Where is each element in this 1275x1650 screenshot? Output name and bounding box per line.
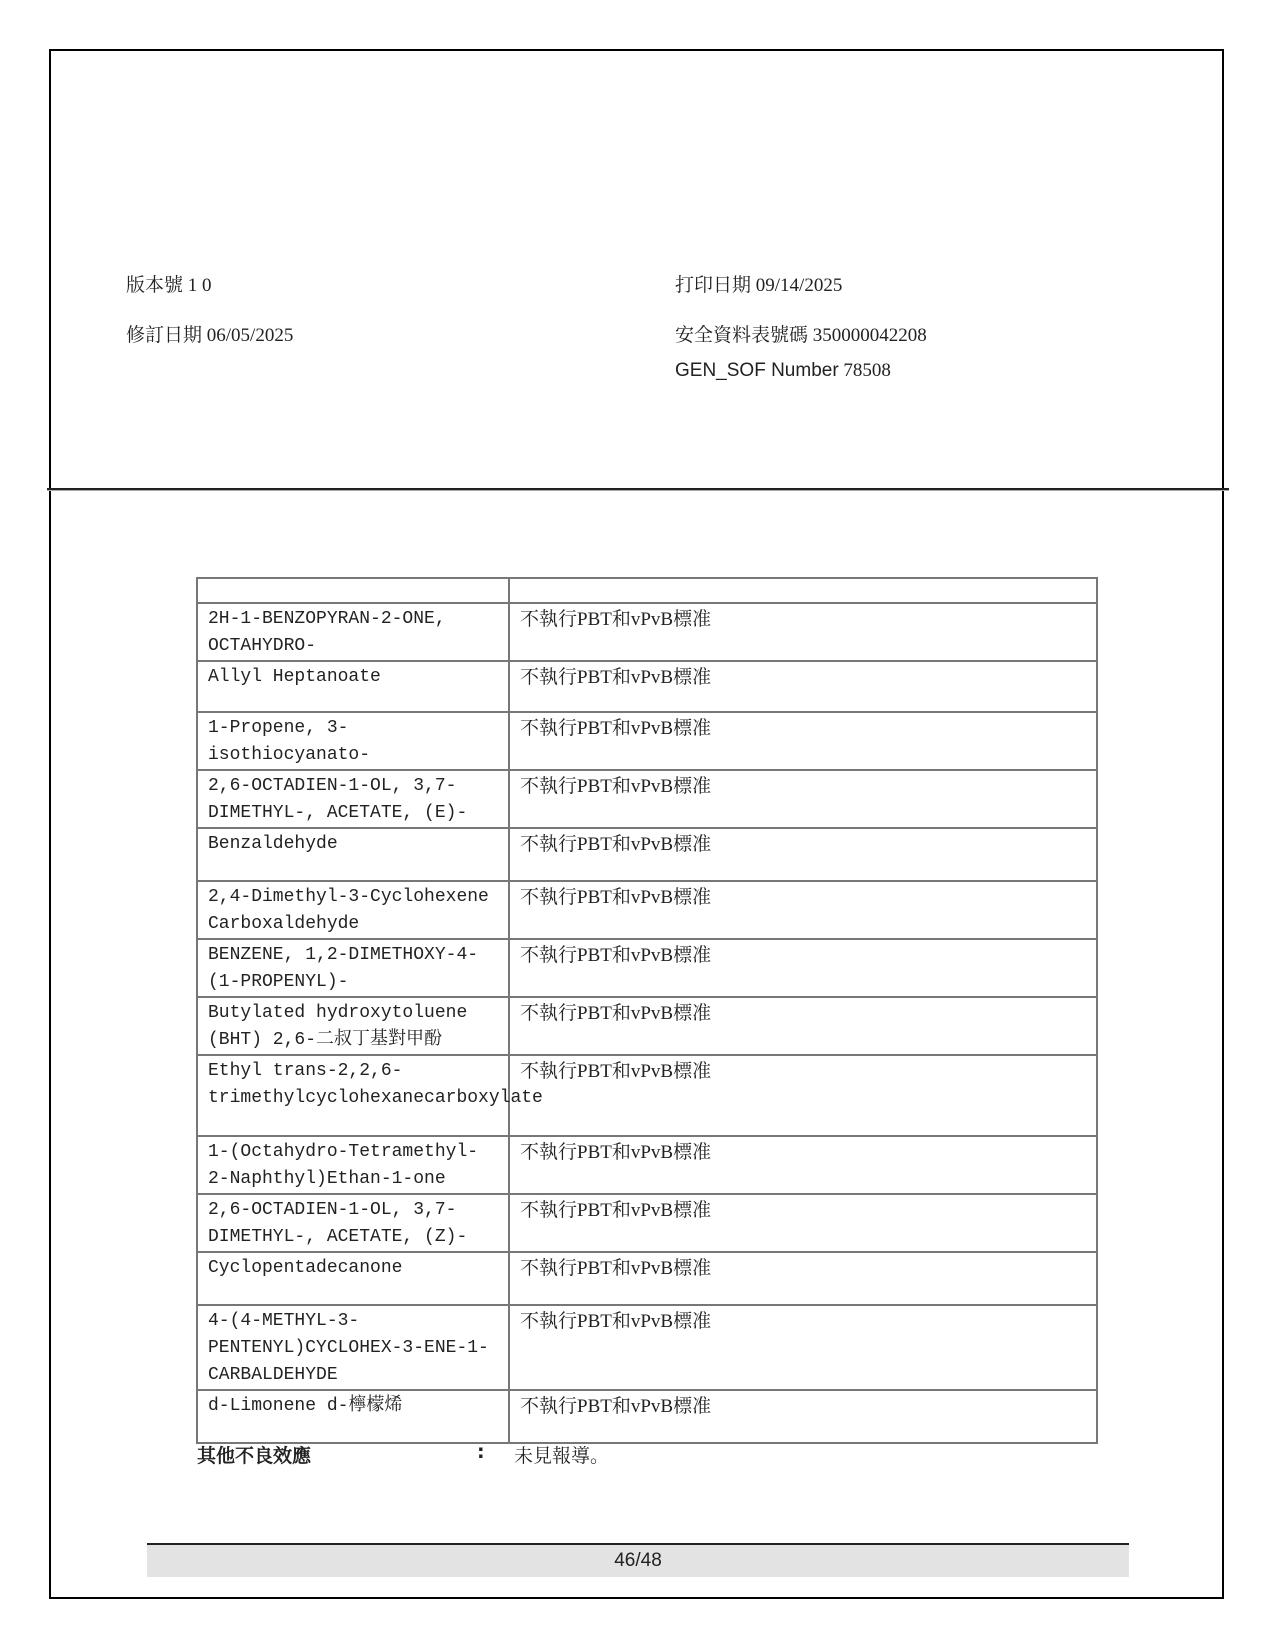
table-header-cell [509, 578, 1097, 603]
other-effects-value: 未見報導。 [514, 1441, 609, 1468]
table-row: 2,6-OCTADIEN-1-OL, 3,7-DIMETHYL-, ACETAT… [197, 770, 1097, 828]
gen-sof-label: GEN_SOF Number [675, 360, 839, 381]
assessment-cell: 不執行PBT和vPvB標准 [509, 1390, 1097, 1443]
table-row: 1-Propene, 3-isothiocyanato-不執行PBT和vPvB標… [197, 712, 1097, 770]
other-effects-separator: : [477, 1441, 485, 1463]
substance-cell: d-Limonene d-檸檬烯 [197, 1390, 509, 1443]
assessment-cell: 不執行PBT和vPvB標准 [509, 1305, 1097, 1390]
version-number: 版本號 1 0 [126, 270, 212, 297]
assessment-cell: 不執行PBT和vPvB標准 [509, 1194, 1097, 1252]
gen-sof-number: GEN_SOF Number 78508 [675, 360, 891, 382]
table-row: Allyl Heptanoate不執行PBT和vPvB標准 [197, 661, 1097, 712]
table-row: 1-(Octahydro-Tetramethyl-2-Naphthyl)Etha… [197, 1136, 1097, 1194]
assessment-cell: 不執行PBT和vPvB標准 [509, 939, 1097, 997]
substance-cell: Butylated hydroxytoluene (BHT) 2,6-二叔丁基對… [197, 997, 509, 1055]
assessment-cell: 不執行PBT和vPvB標准 [509, 1136, 1097, 1194]
assessment-cell: 不執行PBT和vPvB標准 [509, 770, 1097, 828]
header-divider [47, 488, 1229, 490]
substance-cell: 2H-1-BENZOPYRAN-2-ONE, OCTAHYDRO- [197, 603, 509, 661]
assessment-cell: 不執行PBT和vPvB標准 [509, 1055, 1097, 1136]
substance-cell: 2,6-OCTADIEN-1-OL, 3,7-DIMETHYL-, ACETAT… [197, 1194, 509, 1252]
table-row: BENZENE, 1,2-DIMETHOXY-4-(1-PROPENYL)-不執… [197, 939, 1097, 997]
table-row: d-Limonene d-檸檬烯不執行PBT和vPvB標准 [197, 1390, 1097, 1443]
table-row: Ethyl trans-2,2,6-trimethylcyclohexaneca… [197, 1055, 1097, 1136]
table-row: Butylated hydroxytoluene (BHT) 2,6-二叔丁基對… [197, 997, 1097, 1055]
substance-cell: 2,6-OCTADIEN-1-OL, 3,7-DIMETHYL-, ACETAT… [197, 770, 509, 828]
sds-number: 安全資料表號碼 350000042208 [675, 320, 927, 347]
version-label: 版本號 [126, 275, 183, 296]
assessment-cell: 不執行PBT和vPvB標准 [509, 661, 1097, 712]
pbt-assessment-table: 2H-1-BENZOPYRAN-2-ONE, OCTAHYDRO-不執行PBT和… [196, 577, 1098, 1444]
assessment-cell: 不執行PBT和vPvB標准 [509, 1252, 1097, 1305]
table-row: Cyclopentadecanone不執行PBT和vPvB標准 [197, 1252, 1097, 1305]
version-value: 1 0 [188, 275, 212, 296]
substance-cell: 1-Propene, 3-isothiocyanato- [197, 712, 509, 770]
table-row: 2,6-OCTADIEN-1-OL, 3,7-DIMETHYL-, ACETAT… [197, 1194, 1097, 1252]
other-effects-label: 其他不良效應 [197, 1441, 311, 1468]
page-footer: 46/48 [147, 1543, 1129, 1577]
assessment-cell: 不執行PBT和vPvB標准 [509, 712, 1097, 770]
table-row: 2H-1-BENZOPYRAN-2-ONE, OCTAHYDRO-不執行PBT和… [197, 603, 1097, 661]
print-date-value: 09/14/2025 [756, 275, 843, 296]
table-row: Benzaldehyde不執行PBT和vPvB標准 [197, 828, 1097, 881]
revision-date: 修訂日期 06/05/2025 [126, 320, 293, 347]
assessment-cell: 不執行PBT和vPvB標准 [509, 881, 1097, 939]
substance-cell: Allyl Heptanoate [197, 661, 509, 712]
gen-sof-value: 78508 [843, 360, 891, 381]
revision-date-value: 06/05/2025 [207, 325, 294, 346]
table-row: 2,4-Dimethyl-3-Cyclohexene Carboxaldehyd… [197, 881, 1097, 939]
assessment-cell: 不執行PBT和vPvB標准 [509, 828, 1097, 881]
print-date: 打印日期 09/14/2025 [675, 270, 842, 297]
substance-cell: Cyclopentadecanone [197, 1252, 509, 1305]
table-header-cell [197, 578, 509, 603]
table-row: 4-(4-METHYL-3-PENTENYL)CYCLOHEX-3-ENE-1-… [197, 1305, 1097, 1390]
substance-cell: BENZENE, 1,2-DIMETHOXY-4-(1-PROPENYL)- [197, 939, 509, 997]
substance-cell: 2,4-Dimethyl-3-Cyclohexene Carboxaldehyd… [197, 881, 509, 939]
print-date-label: 打印日期 [675, 275, 751, 296]
substance-cell: 1-(Octahydro-Tetramethyl-2-Naphthyl)Etha… [197, 1136, 509, 1194]
assessment-cell: 不執行PBT和vPvB標准 [509, 997, 1097, 1055]
substance-cell: Ethyl trans-2,2,6-trimethylcyclohexaneca… [197, 1055, 509, 1136]
substance-cell: 4-(4-METHYL-3-PENTENYL)CYCLOHEX-3-ENE-1-… [197, 1305, 509, 1390]
sds-number-label: 安全資料表號碼 [675, 325, 808, 346]
revision-date-label: 修訂日期 [126, 325, 202, 346]
assessment-cell: 不執行PBT和vPvB標准 [509, 603, 1097, 661]
page-indicator: 46/48 [614, 1550, 662, 1571]
sds-number-value: 350000042208 [813, 325, 927, 346]
table-header-row [197, 578, 1097, 603]
substance-cell: Benzaldehyde [197, 828, 509, 881]
